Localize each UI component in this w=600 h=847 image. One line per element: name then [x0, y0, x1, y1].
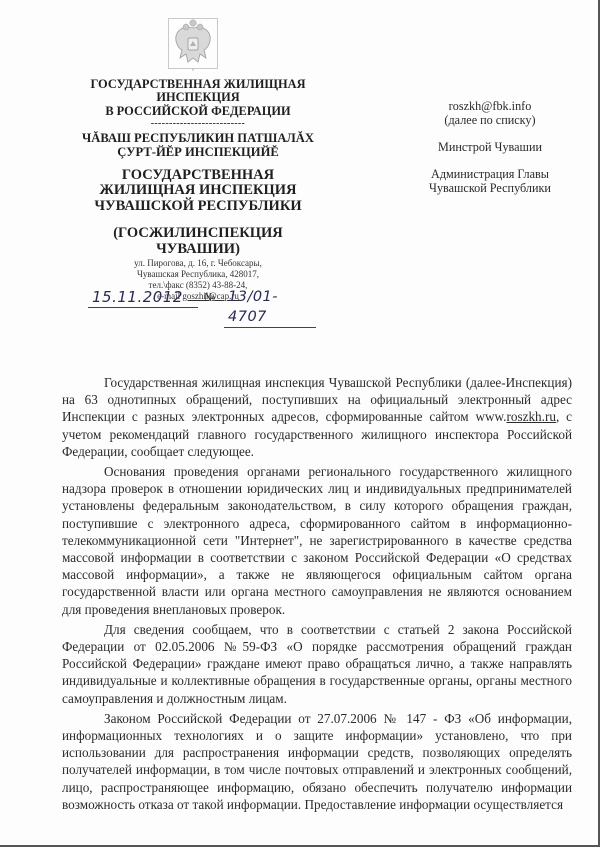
chuvash-org-name: ЧĂВАШ РЕСПУБЛИКИН ПАТШАЛĂХ ÇУРТ-ЙĔР ИНСП… [78, 131, 318, 159]
russian-coat-of-arms-icon [168, 18, 218, 72]
letter-body: Государственная жилищная инспекция Чуваш… [62, 374, 572, 816]
recipient-email: roszkh@fbk.info (далее по списку) [385, 99, 595, 127]
scanned-letter-page: ГОСУДАРСТВЕННАЯ ЖИЛИЩНАЯ ИНСПЕКЦИЯ В РОС… [0, 0, 600, 847]
registration-number: 13/01-4707 [224, 287, 316, 328]
recipient-line: Чувашской Республики [385, 181, 595, 195]
federal-org-line: ГОСУДАРСТВЕННАЯ ЖИЛИЩНАЯ [78, 78, 318, 91]
federal-org-name: ГОСУДАРСТВЕННАЯ ЖИЛИЩНАЯ ИНСПЕКЦИЯ В РОС… [78, 78, 318, 118]
address-line: ул. Пирогова, д. 16, г. Чебоксары, [78, 258, 318, 269]
recipient-line: Минстрой Чувашии [385, 140, 595, 154]
address-line: Чувашская Республика, 428017, [78, 269, 318, 280]
letterhead-separator: -------------------------- [78, 119, 318, 129]
regional-org-line: ЧУВАШСКОЙ РЕСПУБЛИКИ [78, 199, 318, 215]
roszkh-link[interactable]: roszkh.ru [506, 409, 555, 424]
registration-number-label: № [204, 290, 215, 305]
recipient-administration: Администрация Главы Чувашской Республики [385, 167, 595, 195]
recipient-email-link[interactable]: roszkh@fbk.info [385, 99, 595, 113]
letterhead: ГОСУДАРСТВЕННАЯ ЖИЛИЩНАЯ ИНСПЕКЦИЯ В РОС… [78, 78, 318, 302]
registration-date: 15.11.2012 [88, 287, 198, 308]
org-short-name: (ГОСЖИЛИНСПЕКЦИЯ ЧУВАШИИ) [78, 225, 318, 257]
federal-org-line: В РОССИЙСКОЙ ФЕДЕРАЦИИ [78, 105, 318, 118]
federal-org-line: ИНСПЕКЦИЯ [78, 91, 318, 104]
paragraph-1: Государственная жилищная инспекция Чуваш… [62, 374, 572, 460]
paragraph-4: Законом Российской Федерации от 27.07.20… [62, 710, 572, 813]
recipients-block: roszkh@fbk.info (далее по списку) Минстр… [385, 99, 595, 195]
chuvash-org-line: ÇУРТ-ЙĔР ИНСПЕКЦИЙĔ [78, 145, 318, 159]
paragraph-2: Основания проведения органами региональн… [62, 463, 572, 618]
recipient-line: Администрация Главы [385, 167, 595, 181]
regional-org-line: ЖИЛИЩНАЯ ИНСПЕКЦИЯ [78, 183, 318, 199]
chuvash-org-line: ЧĂВАШ РЕСПУБЛИКИН ПАТШАЛĂХ [78, 131, 318, 145]
recipient-note: (далее по списку) [385, 113, 595, 127]
registration-line: 15.11.2012 № 13/01-4707 [88, 287, 318, 309]
regional-org-line: ГОСУДАРСТВЕННАЯ [78, 168, 318, 184]
paragraph-text: Государственная жилищная инспекция Чуваш… [62, 375, 572, 424]
recipient-ministry: Минстрой Чувашии [385, 140, 595, 154]
paragraph-3: Для сведения сообщаем, что в соответстви… [62, 621, 572, 707]
regional-org-name: ГОСУДАРСТВЕННАЯ ЖИЛИЩНАЯ ИНСПЕКЦИЯ ЧУВАШ… [78, 168, 318, 215]
